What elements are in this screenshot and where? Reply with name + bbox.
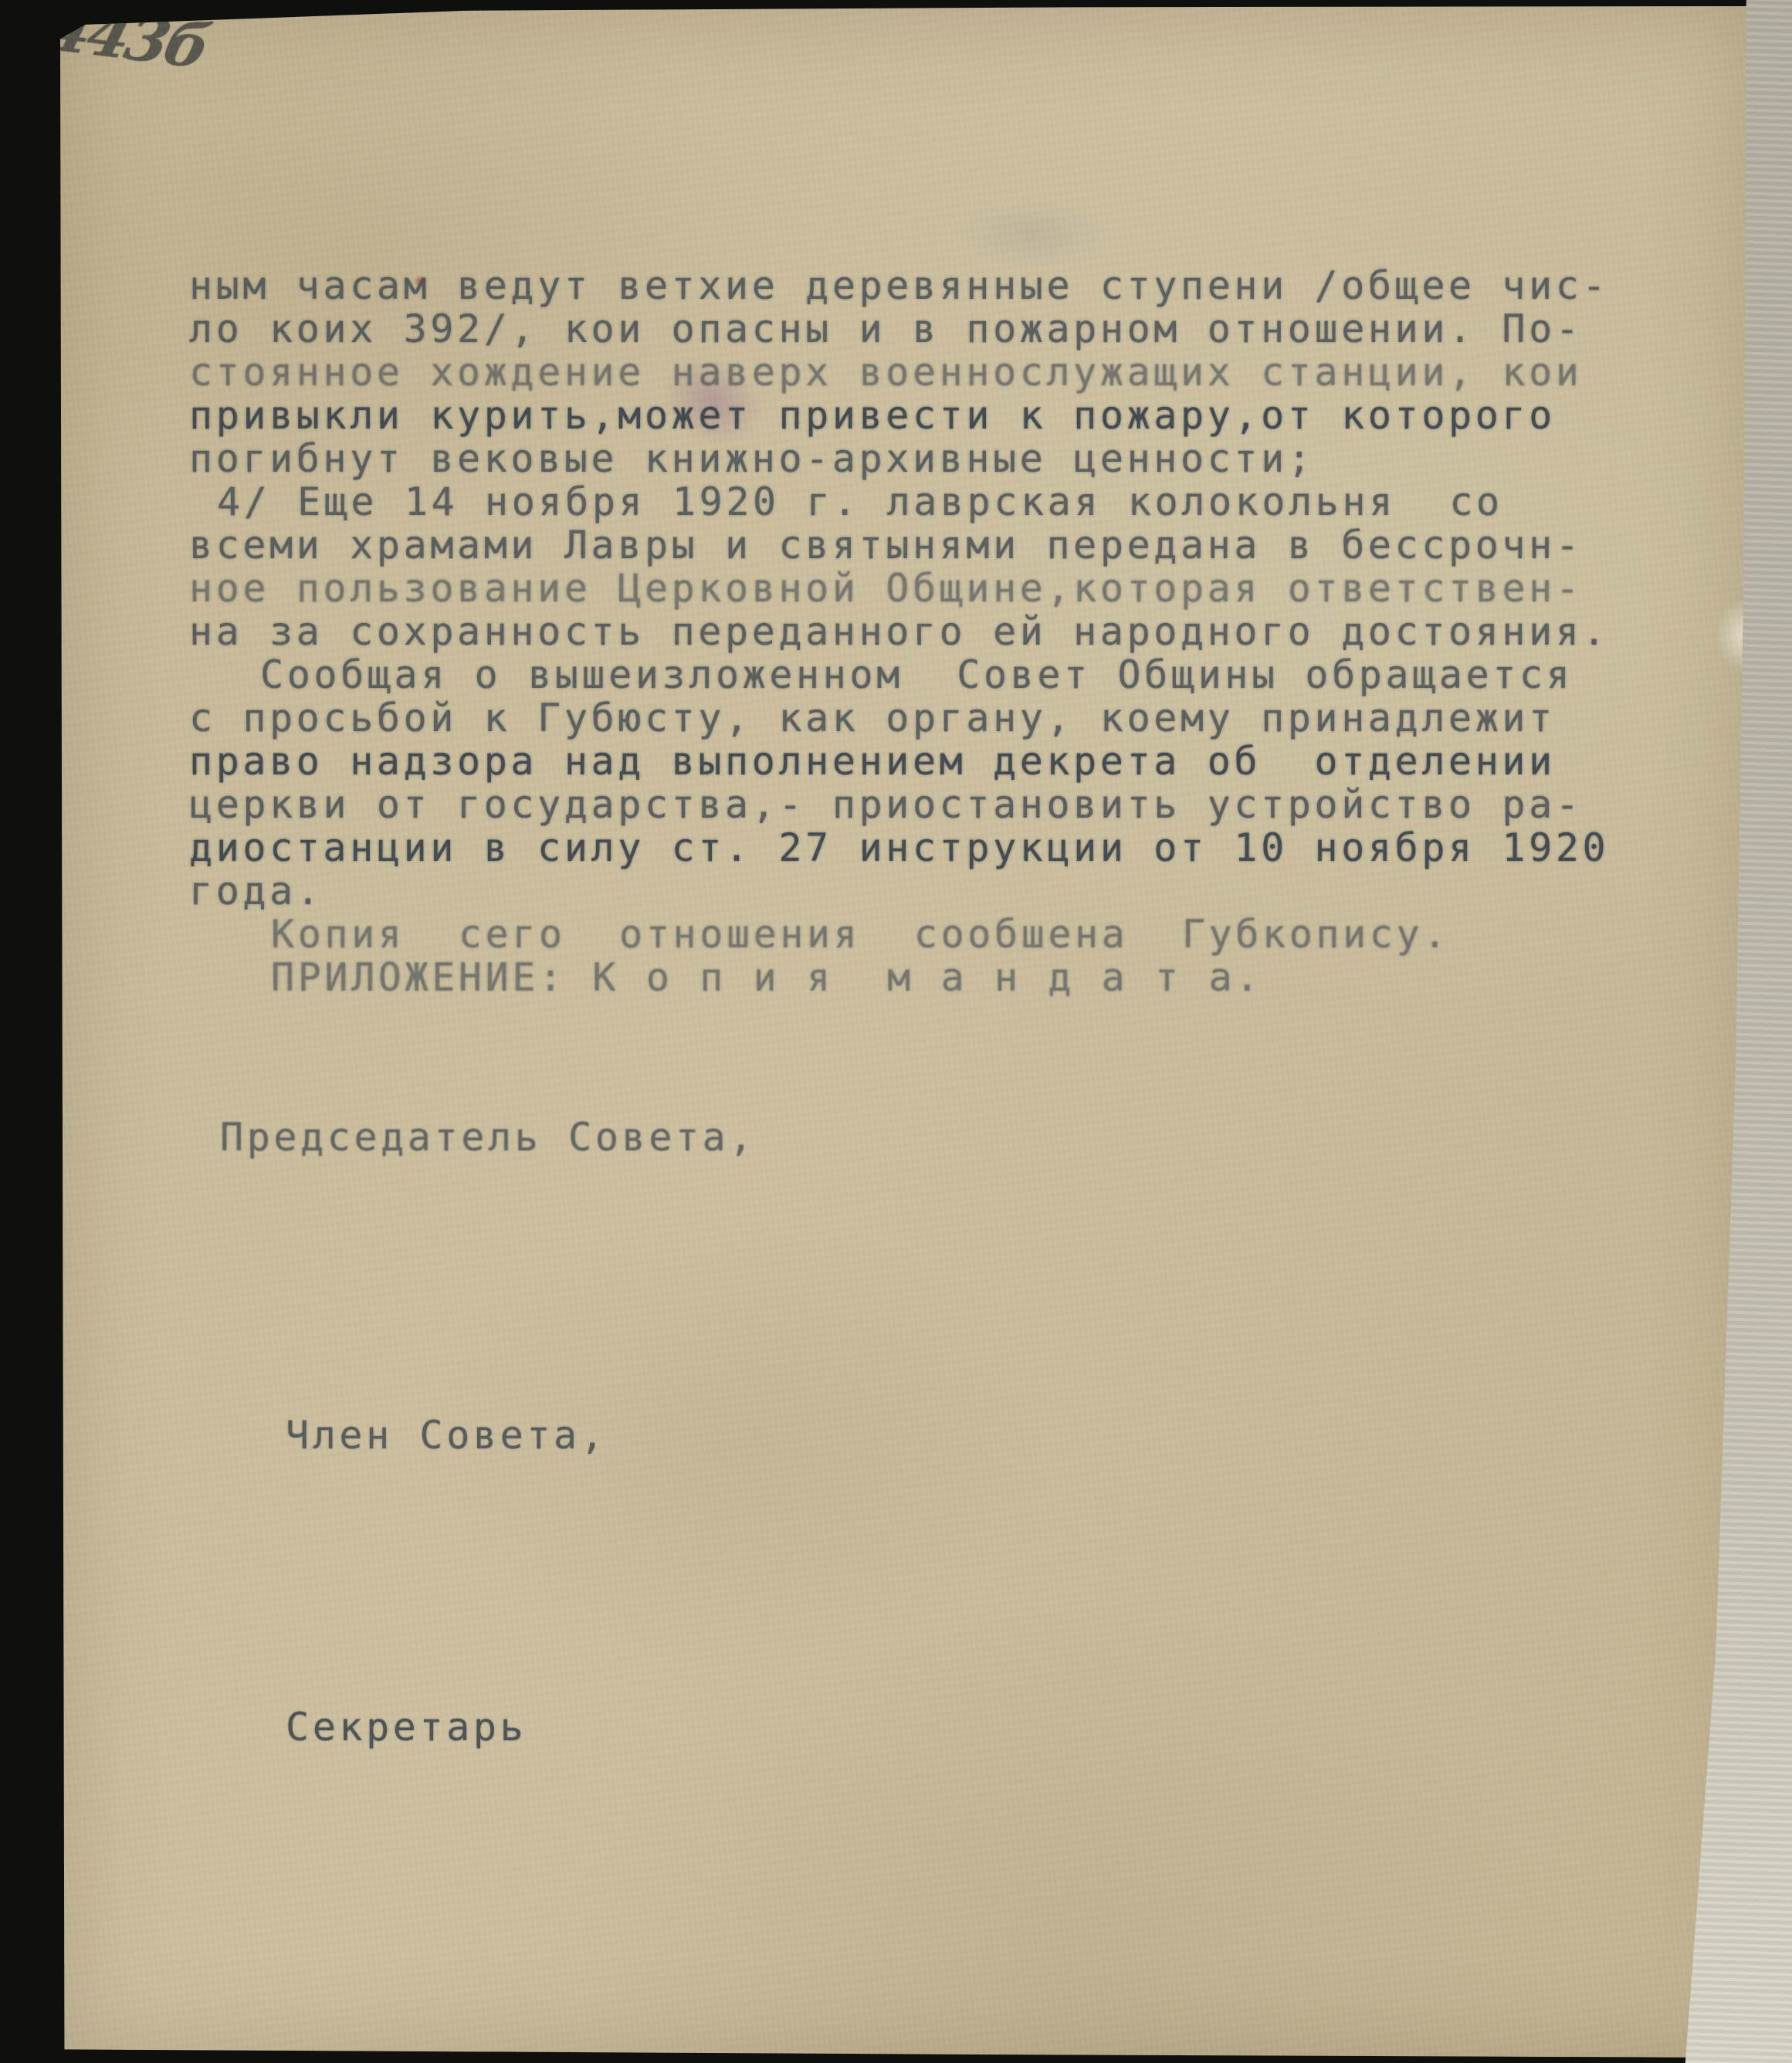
typed-line: ло коих 392/, кои опасны и в пожарном от… [189, 307, 1702, 351]
handwritten-archival-number: 443б [41, 0, 215, 82]
paper-smudge [956, 199, 1110, 269]
typed-line: года. [189, 869, 1702, 913]
document-page: 443б ным часам ведут ветхие деревянные с… [60, 6, 1748, 2058]
typed-line: диостанции в силу ст. 27 инструкции от 1… [189, 826, 1702, 869]
typed-line: ным часам ведут ветхие деревянные ступен… [189, 264, 1702, 307]
signature-line-member: Член Совета, [286, 1413, 607, 1458]
typed-line: ное пользование Церковной Общине,которая… [189, 567, 1702, 610]
typed-line: ПРИЛОЖЕНИЕ: К о п и я м а н д а т а. [189, 956, 1702, 999]
signature-line-chairman: Председатель Совета, [220, 1115, 756, 1160]
typed-line: погибнут вековые книжно-архивные ценност… [189, 437, 1702, 480]
typed-line: стоянное хождение наверх военнослужащих … [189, 351, 1702, 394]
typed-line: церкви от государства,- приостановить ус… [189, 783, 1702, 826]
typed-line: право надзора над выполнением декрета об… [189, 740, 1702, 783]
typed-line: Копия сего отношения сообшена Губкопису. [189, 913, 1702, 956]
typed-text-block: ным часам ведут ветхие деревянные ступен… [189, 264, 1702, 999]
typed-line: Сообщая о вышеизложенном Совет Общины об… [189, 653, 1702, 696]
typed-line: с просьбой к Губюсту, как органу, коему … [189, 696, 1702, 740]
typed-line: привыкли курить,может привести к пожару,… [189, 394, 1702, 437]
typed-line: на за сохранность переданного ей народно… [189, 610, 1702, 653]
typed-line: всеми храмами Лавры и святынями передана… [189, 523, 1702, 567]
typed-line: 4/ Еще 14 ноября 1920 г. лаврская колоко… [189, 480, 1702, 523]
signature-line-secretary: Секретарь [286, 1705, 527, 1750]
